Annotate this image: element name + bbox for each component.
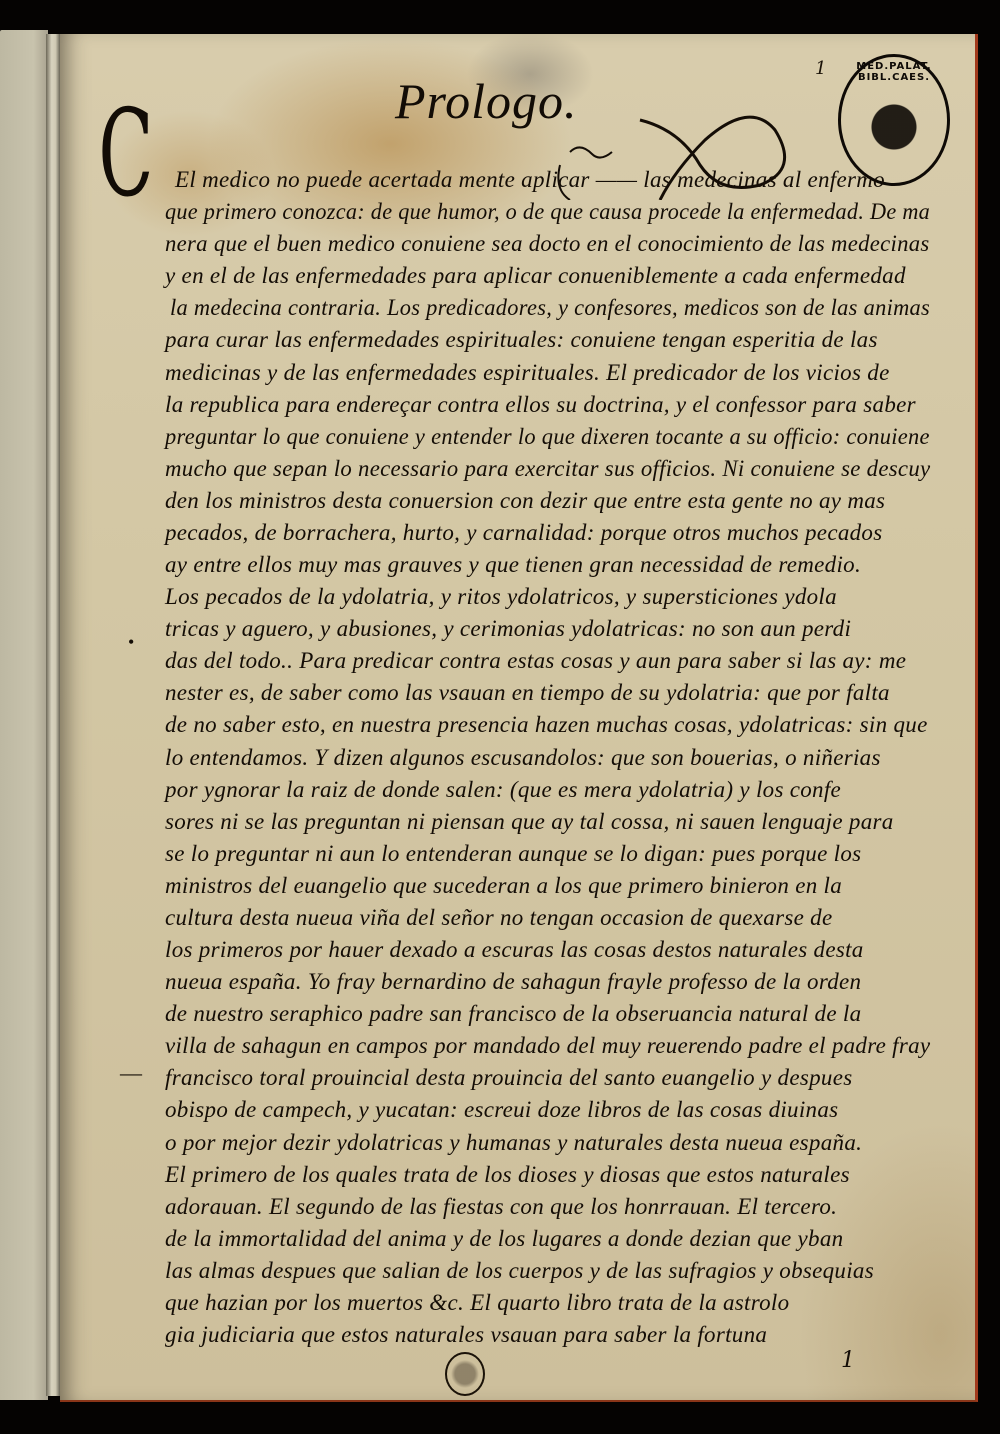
text-line: adorauan. El segundo de las fiestas con …: [165, 1194, 837, 1220]
text-line: mucho que sepan lo necessario para exerc…: [165, 456, 930, 482]
margin-dash: —: [120, 1060, 142, 1086]
text-line: y en el de las enfermedades para aplicar…: [165, 263, 906, 289]
text-line: por ygnorar la raiz de donde salen: (que…: [165, 777, 841, 803]
text-line: gia judiciaria que estos naturales vsaua…: [165, 1322, 767, 1348]
text-line: la medecina contraria. Los predicadores,…: [170, 295, 930, 321]
text-line: las almas despues que salian de los cuer…: [165, 1258, 874, 1284]
text-line: la republica para endereçar contra ellos…: [165, 392, 916, 418]
text-line: sores ni se las preguntan ni piensan que…: [165, 809, 894, 835]
manuscript-text: El medico no puede acertada mente aplica…: [0, 0, 1000, 1434]
text-line: nueua españa. Yo fray bernardino de saha…: [165, 969, 861, 995]
text-line: El primero de los quales trata de los di…: [165, 1162, 850, 1188]
text-line: Los pecados de la ydolatria, y ritos ydo…: [165, 584, 837, 610]
text-line: de no saber esto, en nuestra presencia h…: [165, 712, 928, 738]
text-line: los primeros por hauer dexado a escuras …: [165, 937, 864, 963]
text-line: para curar las enfermedades espirituales…: [165, 327, 878, 353]
text-line: se lo preguntar ni aun lo entenderan aun…: [165, 841, 861, 867]
library-seal-icon: [445, 1352, 485, 1396]
text-line: nera que el buen medico conuiene sea doc…: [165, 231, 930, 257]
text-line: francisco toral prouincial desta prouinc…: [165, 1065, 852, 1091]
text-line: das del todo.. Para predicar contra esta…: [165, 648, 906, 674]
text-line: lo entendamos. Y dizen algunos escusando…: [165, 745, 881, 771]
text-line: preguntar lo que conuiene y entender lo …: [165, 424, 930, 450]
text-line: o por mejor dezir ydolatricas y humanas …: [165, 1130, 862, 1156]
text-line: medicinas y de las enfermedades espiritu…: [165, 360, 890, 386]
bottom-mark: 1: [841, 1348, 855, 1373]
margin-dot: •: [128, 632, 134, 653]
text-line: tricas y aguero, y abusiones, y cerimoni…: [165, 616, 851, 642]
text-line: obispo de campech, y yucatan: escreui do…: [165, 1097, 838, 1123]
text-line: de la immortalidad del anima y de los lu…: [165, 1226, 843, 1252]
text-line: que hazian por los muertos &c. El quarto…: [165, 1290, 789, 1316]
text-line: nester es, de saber como las vsauan en t…: [165, 680, 890, 706]
text-line: ministros del euangelio que sucederan a …: [165, 873, 842, 899]
text-line: El medico no puede acertada mente aplica…: [175, 167, 885, 193]
text-line: pecados, de borrachera, hurto, y carnali…: [165, 520, 882, 546]
text-line: cultura desta nueua viña del señor no te…: [165, 905, 832, 931]
text-line: que primero conozca: de que humor, o de …: [165, 199, 930, 225]
text-line: de nuestro seraphico padre san francisco…: [165, 1001, 861, 1027]
text-line: den los ministros desta conuersion con d…: [165, 488, 885, 514]
text-line: villa de sahagun en campos por mandado d…: [165, 1033, 930, 1059]
text-line: ay entre ellos muy mas grauves y que tie…: [165, 552, 861, 578]
scan-background: C Prologo. 1 MED.PALAT. BIBL.CAES. El me…: [0, 0, 1000, 1434]
